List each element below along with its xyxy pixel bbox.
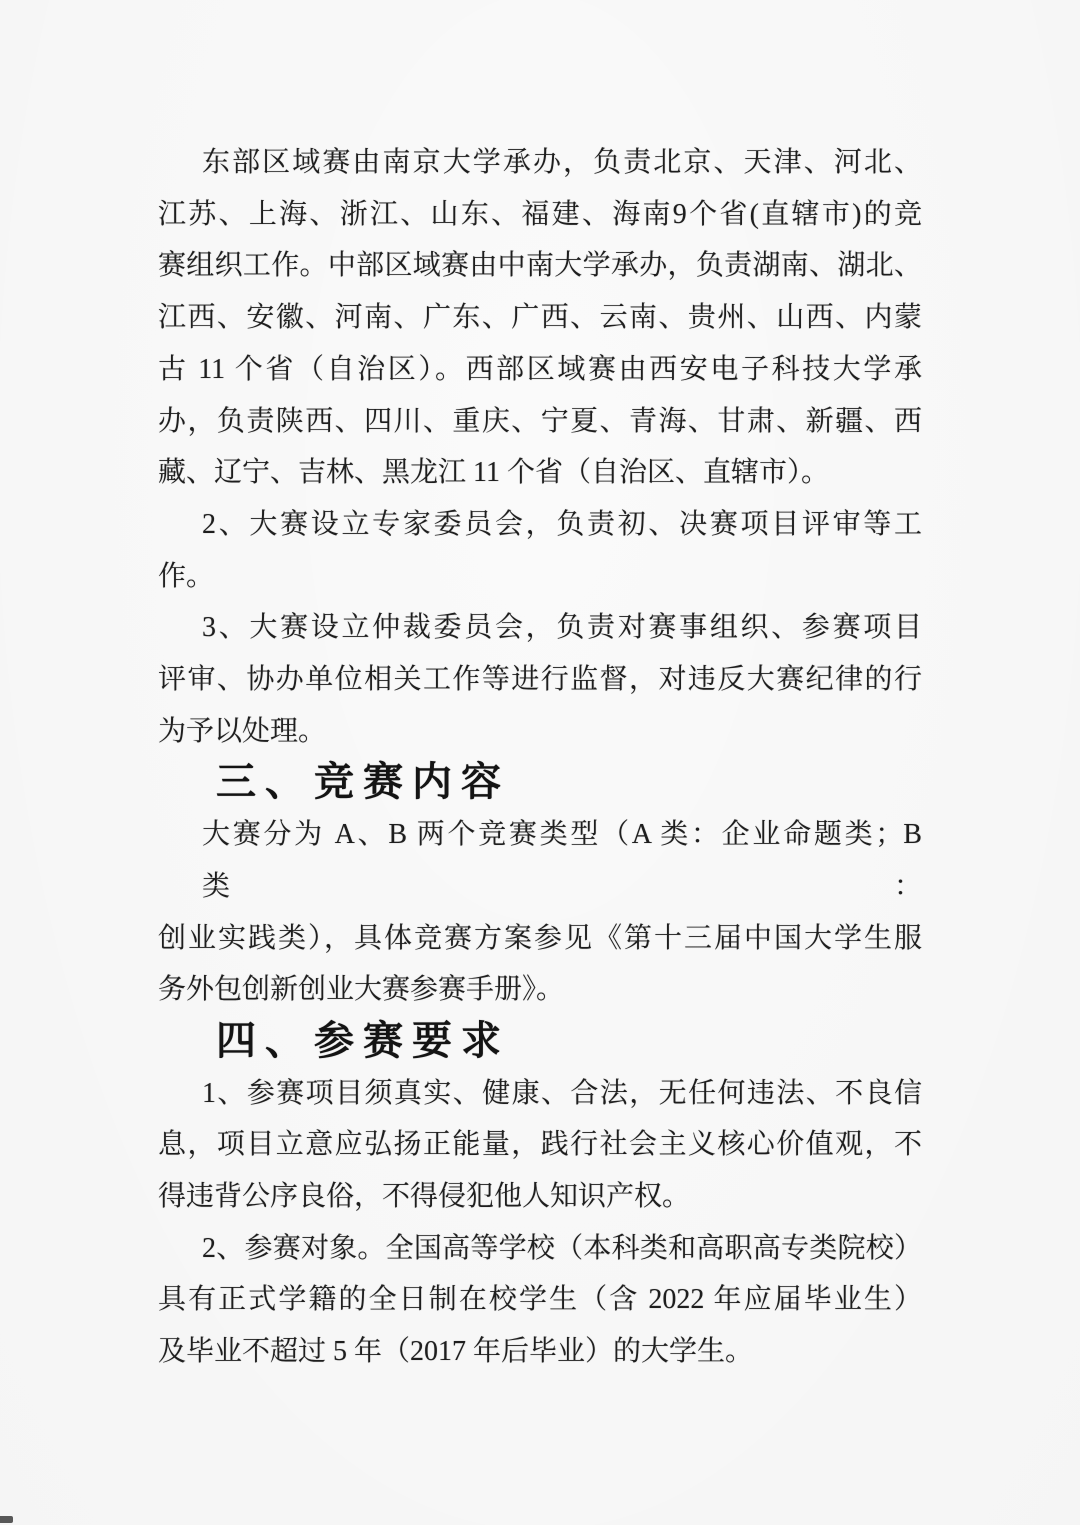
section-heading: 三、竞赛内容 [158, 757, 922, 809]
text-line: 创业实践类），具体竞赛方案参见《第十三届中国大学生服 [158, 913, 922, 965]
text-line: 务外包创新创业大赛参赛手册》。 [158, 964, 922, 1016]
text-line: 赛组织工作。中部区域赛由中南大学承办，负责湖南、湖北、 [158, 240, 922, 292]
text-line: 为予以处理。 [158, 706, 922, 758]
scanned-document-page: 东部区域赛由南京大学承办，负责北京、天津、河北、江苏、上海、浙江、山东、福建、海… [0, 0, 1080, 1525]
text-line: 息，项目立意应弘扬正能量，践行社会主义核心价值观，不 [158, 1119, 922, 1171]
text-line: 得违背公序良俗，不得侵犯他人知识产权。 [158, 1171, 922, 1223]
text-line: 评审、协办单位相关工作等进行监督，对违反大赛纪律的行 [158, 654, 922, 706]
text-line: 大赛分为 A、B 两个竞赛类型（A 类：企业命题类；B 类： [158, 809, 922, 912]
scan-smudge-mark [0, 1516, 13, 1523]
text-line: 作。 [158, 551, 922, 603]
text-line: 3、大赛设立仲裁委员会，负责对赛事组织、参赛项目 [158, 602, 922, 654]
text-line: 办，负责陕西、四川、重庆、宁夏、青海、甘肃、新疆、西 [158, 396, 922, 448]
text-line: 古 11 个省（自治区）。西部区域赛由西安电子科技大学承 [158, 344, 922, 396]
text-line: 藏、辽宁、吉林、黑龙江 11 个省（自治区、直辖市）。 [158, 447, 922, 499]
text-line: 1、参赛项目须真实、健康、合法，无任何违法、不良信 [158, 1068, 922, 1120]
text-line: 江西、安徽、河南、广东、广西、云南、贵州、山西、内蒙 [158, 292, 922, 344]
text-line: 江苏、上海、浙江、山东、福建、海南9个省(直辖市)的竞 [158, 189, 922, 241]
text-line: 2、参赛对象。全国高等学校（本科类和高职高专类院校） [158, 1223, 922, 1275]
text-line: 具有正式学籍的全日制在校学生（含 2022 年应届毕业生） [158, 1274, 922, 1326]
text-line: 东部区域赛由南京大学承办，负责北京、天津、河北、 [158, 137, 922, 189]
text-line: 2、大赛设立专家委员会，负责初、决赛项目评审等工 [158, 499, 922, 551]
document-body: 东部区域赛由南京大学承办，负责北京、天津、河北、江苏、上海、浙江、山东、福建、海… [158, 137, 922, 1378]
section-heading: 四、参赛要求 [158, 1016, 922, 1068]
text-line: 及毕业不超过 5 年（2017 年后毕业）的大学生。 [158, 1326, 922, 1378]
